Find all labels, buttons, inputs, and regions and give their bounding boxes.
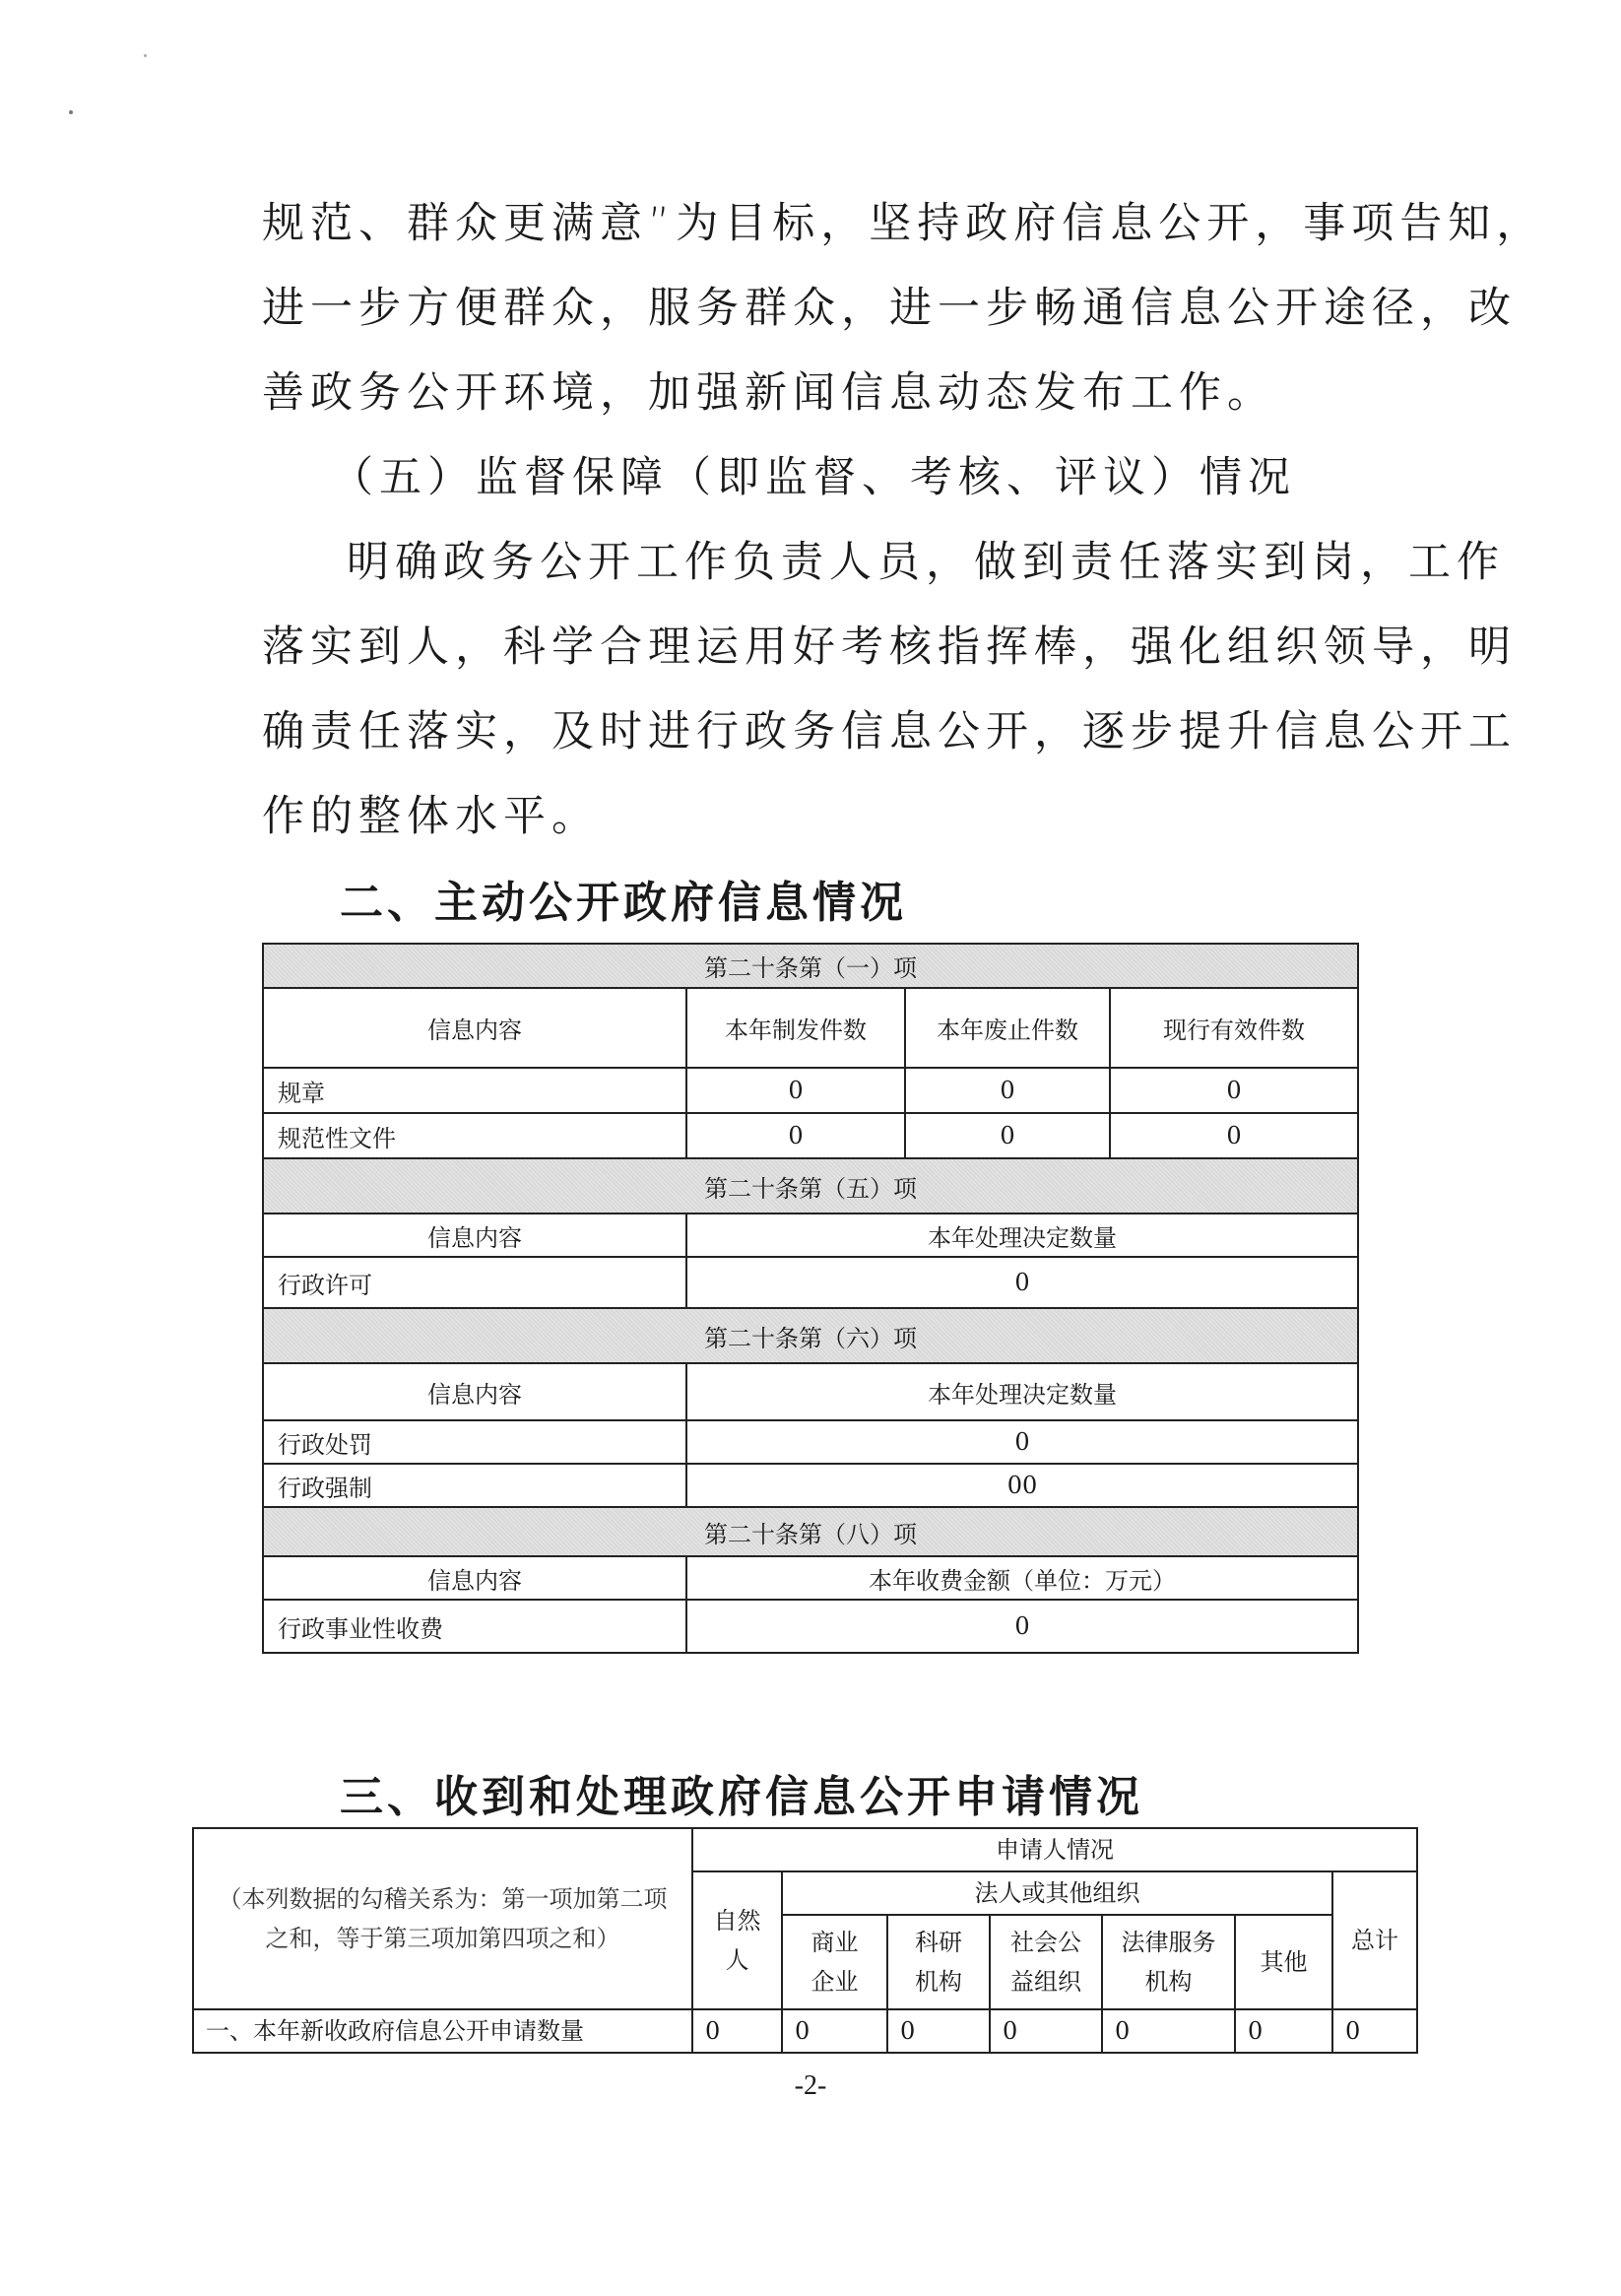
- header-decision-count: 本年处理决定数量: [686, 1363, 1358, 1420]
- cell-value: 0: [1110, 1068, 1358, 1113]
- org-col-legal-service: 法律服务机构: [1102, 1915, 1235, 2009]
- page-number: -2-: [0, 2070, 1621, 2102]
- natural-person-header: 自然人: [692, 1871, 782, 2009]
- block1-title: 第二十条第（一）项: [263, 944, 1358, 988]
- row-label: 一、本年新收政府信息公开申请数量: [193, 2009, 692, 2053]
- text-line: 落实到人，科学合理运用好考核指挥棒，强化组织领导，明: [262, 605, 1394, 689]
- row-label: 规章: [263, 1068, 686, 1113]
- table-row: 行政事业性收费 0: [263, 1600, 1358, 1653]
- consistency-note: （本列数据的勾稽关系为：第一项加第二项之和，等于第三项加第四项之和）: [193, 1828, 692, 2009]
- cell-value: 0: [686, 1600, 1358, 1653]
- text-line: 作的整体水平。: [262, 774, 1394, 859]
- row-label: 行政强制: [263, 1464, 686, 1507]
- cell-value: 00: [686, 1464, 1358, 1507]
- cell-value: 0: [686, 1257, 1358, 1308]
- table-row: 规章 0 0 0: [263, 1068, 1358, 1113]
- row-label: 行政事业性收费: [263, 1600, 686, 1653]
- cell-value: 0: [905, 1068, 1110, 1113]
- table-row: 行政强制 00: [263, 1464, 1358, 1507]
- header-valid-count: 现行有效件数: [1110, 988, 1358, 1068]
- section5-heading: （五）监督保障（即监督、考核、评议）情况: [262, 435, 1394, 520]
- table-row: 行政许可 0: [263, 1257, 1358, 1308]
- block8-title: 第二十条第（八）项: [263, 1507, 1358, 1556]
- header-abolished-count: 本年废止件数: [905, 988, 1110, 1068]
- text-line: 明确政务公开工作负责人员，做到责任落实到岗，工作: [262, 520, 1394, 605]
- part2-title: 二、主动公开政府信息情况: [340, 867, 907, 930]
- applicant-header: 申请人情况: [692, 1828, 1417, 1871]
- org-header: 法人或其他组织: [782, 1871, 1332, 1915]
- org-col-commercial: 商业企业: [782, 1915, 887, 2009]
- header-info-content: 信息内容: [263, 988, 686, 1068]
- cell-value: 0: [692, 2009, 782, 2053]
- total-header: 总计: [1332, 1871, 1417, 2009]
- application-table: （本列数据的勾稽关系为：第一项加第二项之和，等于第三项加第四项之和） 申请人情况…: [192, 1827, 1418, 2054]
- header-info-content: 信息内容: [263, 1363, 686, 1420]
- cell-value: 0: [1332, 2009, 1417, 2053]
- proactive-disclosure-table: 第二十条第（一）项 信息内容 本年制发件数 本年废止件数 现行有效件数 规章 0…: [262, 943, 1359, 1654]
- header-decision-count: 本年处理决定数量: [686, 1214, 1358, 1257]
- table-row: 一、本年新收政府信息公开申请数量 0 0 0 0 0 0 0: [193, 2009, 1417, 2053]
- header-info-content: 信息内容: [263, 1214, 686, 1257]
- block5-title: 第二十条第（五）项: [263, 1158, 1358, 1214]
- cell-value: 0: [782, 2009, 887, 2053]
- text-line: 确责任落实，及时进行政务信息公开，逐步提升信息公开工: [262, 689, 1394, 774]
- cell-value: 0: [1110, 1113, 1358, 1158]
- part3-title: 三、收到和处理政府信息公开申请情况: [340, 1761, 1143, 1824]
- header-fee-amount: 本年收费金额（单位：万元）: [686, 1556, 1358, 1600]
- org-col-research: 科研机构: [887, 1915, 990, 2009]
- cell-value: 0: [686, 1068, 905, 1113]
- cell-value: 0: [1102, 2009, 1235, 2053]
- scan-speck: [144, 54, 147, 57]
- cell-value: 0: [686, 1420, 1358, 1464]
- table-row: 行政处罚 0: [263, 1420, 1358, 1464]
- org-col-other: 其他: [1235, 1915, 1332, 2009]
- header-issued-count: 本年制发件数: [686, 988, 905, 1068]
- block6-title: 第二十条第（六）项: [263, 1308, 1358, 1363]
- scan-speck: [69, 110, 73, 114]
- row-label: 行政处罚: [263, 1420, 686, 1464]
- header-info-content: 信息内容: [263, 1556, 686, 1600]
- cell-value: 0: [990, 2009, 1102, 2053]
- cell-value: 0: [1235, 2009, 1332, 2053]
- org-col-public-welfare: 社会公益组织: [990, 1915, 1102, 2009]
- section4-tail-paragraph: 规范、群众更满意”为目标，坚持政府信息公开，事项告知， 进一步方便群众，服务群众…: [262, 181, 1394, 435]
- text-line: 进一步方便群众，服务群众，进一步畅通信息公开途径，改: [262, 266, 1394, 351]
- row-label: 行政许可: [263, 1257, 686, 1308]
- cell-value: 0: [686, 1113, 905, 1158]
- section5-block: （五）监督保障（即监督、考核、评议）情况 明确政务公开工作负责人员，做到责任落实…: [262, 435, 1394, 859]
- cell-value: 0: [887, 2009, 990, 2053]
- text-line: 善政务公开环境，加强新闻信息动态发布工作。: [262, 351, 1394, 435]
- cell-value: 0: [905, 1113, 1110, 1158]
- text-line: 规范、群众更满意”为目标，坚持政府信息公开，事项告知，: [262, 181, 1394, 266]
- table-row: 规范性文件 0 0 0: [263, 1113, 1358, 1158]
- row-label: 规范性文件: [263, 1113, 686, 1158]
